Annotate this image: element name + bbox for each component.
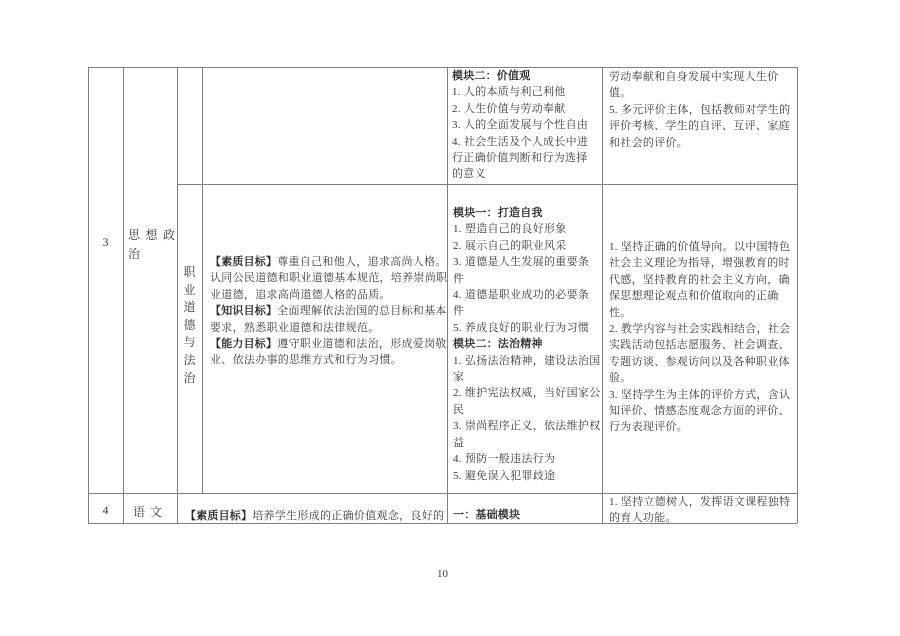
table-border-top xyxy=(88,67,797,68)
text-line: 【素质目标】培养学生形成的正确价值观念，良好的 xyxy=(185,508,444,524)
table-border-subrow xyxy=(177,184,797,185)
text-line: 知评价、情感态度观念方面的评价、 xyxy=(609,403,790,419)
text-line: 代感，坚持教育的社会主义方向，确 xyxy=(609,272,790,288)
text-line: 值。 xyxy=(609,85,790,101)
text-line: 【素质目标】尊重自己和他人，追求高尚人格。 xyxy=(210,254,447,270)
cell-modules-carryover: 模块二：价值观1. 人的本质与利己利他2. 人生价值与劳动奉献3. 人的全面发展… xyxy=(452,68,588,183)
text-line: 要求，熟悉职业道德和法律规范。 xyxy=(210,320,447,336)
cell-objectives-chinese: 【素质目标】培养学生形成的正确价值观念，良好的 xyxy=(185,508,444,524)
text-line: 4. 道德是职业成功的必要条 xyxy=(453,287,601,303)
text-line: 一：基础模块 xyxy=(453,507,520,523)
cell-evaluation-politics: 1. 坚持正确的价值导向。以中国特色社会主义理论为指导，增强教育的时代感，坚持教… xyxy=(609,239,790,436)
text-line: 家 xyxy=(453,369,601,385)
text-line: 4. 预防一般违法行为 xyxy=(453,451,601,467)
table-border-col1 xyxy=(123,67,124,523)
text-line: 3. 坚持学生为主体的评价方式，含认 xyxy=(609,387,790,403)
table-border-col2 xyxy=(177,67,178,523)
row-number-chinese: 4 xyxy=(88,503,123,518)
table-border-left xyxy=(88,67,89,523)
text-line: 2. 教学内容与社会实践相结合，社会 xyxy=(609,321,790,337)
text-line: 件 xyxy=(453,303,601,319)
text-line: 认同公民道德和职业道德基本规范，培养崇尚职 xyxy=(210,270,447,286)
subject-chinese: 语文 xyxy=(123,504,177,520)
text-line: 5. 养成良好的职业行为习惯 xyxy=(453,320,601,336)
cell-modules-chinese: 一：基础模块 xyxy=(453,507,520,523)
text-line: 的育人功能。 xyxy=(609,510,790,526)
text-line: 行为表现评价。 xyxy=(609,419,790,435)
text-line: 2. 展示自己的职业风采 xyxy=(453,238,601,254)
text-line: 件 xyxy=(453,271,601,287)
text-line: 性。 xyxy=(609,305,790,321)
text-line: 的意义 xyxy=(452,166,588,182)
text-line: 【知识目标】全面理解依法治国的总目标和基本 xyxy=(210,303,447,319)
text-line: 民 xyxy=(453,402,601,418)
cell-modules-politics: 模块一：打造自我1. 塑造自己的良好形象2. 展示自己的职业风采3. 道德是人生… xyxy=(453,205,601,484)
document-page: 模块二：价值观1. 人的本质与利己利他2. 人生价值与劳动奉献3. 人的全面发展… xyxy=(0,0,900,636)
text-line: 业、依法办事的思维方式和行为习惯。 xyxy=(210,352,447,368)
text-line: 3. 崇尚程序正义，依法维护权 xyxy=(453,418,601,434)
text-line: 保思想理论观点和价值取向的正确 xyxy=(609,288,790,304)
text-line: 劳动奉献和自身发展中实现人生价 xyxy=(609,69,790,85)
text-line: 【能力目标】遵守职业道德和法治，形成爱岗敬 xyxy=(210,336,447,352)
text-line: 实践活动包括志愿服务、社会调查、 xyxy=(609,337,790,353)
text-line: 社会主义理论为指导，增强教育的时 xyxy=(609,255,790,271)
text-line: 模块二：价值观 xyxy=(452,68,588,84)
page-number: 10 xyxy=(88,568,797,580)
text-line: 行正确价值判断和行为选择 xyxy=(452,150,588,166)
text-line: 5. 避免误入犯罪歧途 xyxy=(453,468,601,484)
text-line: 1. 人的本质与利己利他 xyxy=(452,84,588,100)
table-border-col5 xyxy=(602,67,603,523)
cell-evaluation-carryover: 劳动奉献和自身发展中实现人生价值。5. 多元评价主体，包括教师对学生的评价考核、… xyxy=(609,69,790,151)
text-line: 4. 社会生活及个人成长中进 xyxy=(452,134,588,150)
text-line: 2. 维护宪法权威，当好国家公 xyxy=(453,385,601,401)
table-border-col3 xyxy=(202,67,203,493)
table-border-right xyxy=(797,67,798,523)
text-line: 专题访谈、参观访问以及各种职业体 xyxy=(609,354,790,370)
cell-objectives-politics: 【素质目标】尊重自己和他人，追求高尚人格。认同公民道德和职业道德基本规范，培养崇… xyxy=(210,254,447,369)
text-line: 模块一：打造自我 xyxy=(453,205,601,221)
text-line: 益 xyxy=(453,435,601,451)
text-line: 2. 人生价值与劳动奉献 xyxy=(452,101,588,117)
text-line: 1. 坚持立德树人，发挥语文课程独特 xyxy=(609,494,790,510)
text-line: 验。 xyxy=(609,370,790,386)
subject-politics: 思想政治 xyxy=(128,226,175,264)
text-line: 5. 多元评价主体，包括教师对学生的 xyxy=(609,102,790,118)
course-vertical-label: 职业道德与法治 xyxy=(182,264,197,387)
text-line: 3. 人的全面发展与个性自由 xyxy=(452,117,588,133)
text-line: 和社会的评价。 xyxy=(609,135,790,151)
text-line: 1. 塑造自己的良好形象 xyxy=(453,221,601,237)
text-line: 评价考核、学生的自评、互评、家庭 xyxy=(609,118,790,134)
text-line: 业道德，追求高尚道德人格的品质。 xyxy=(210,287,447,303)
text-line: 模块二：法治精神 xyxy=(453,336,601,352)
text-line: 3. 道德是人生发展的重要条 xyxy=(453,254,601,270)
text-line: 1. 坚持正确的价值导向。以中国特色 xyxy=(609,239,790,255)
row-number-politics: 3 xyxy=(88,235,123,250)
text-line: 1. 弘扬法治精神，建设法治国 xyxy=(453,353,601,369)
cell-evaluation-chinese: 1. 坚持立德树人，发挥语文课程独特的育人功能。 xyxy=(609,494,790,527)
